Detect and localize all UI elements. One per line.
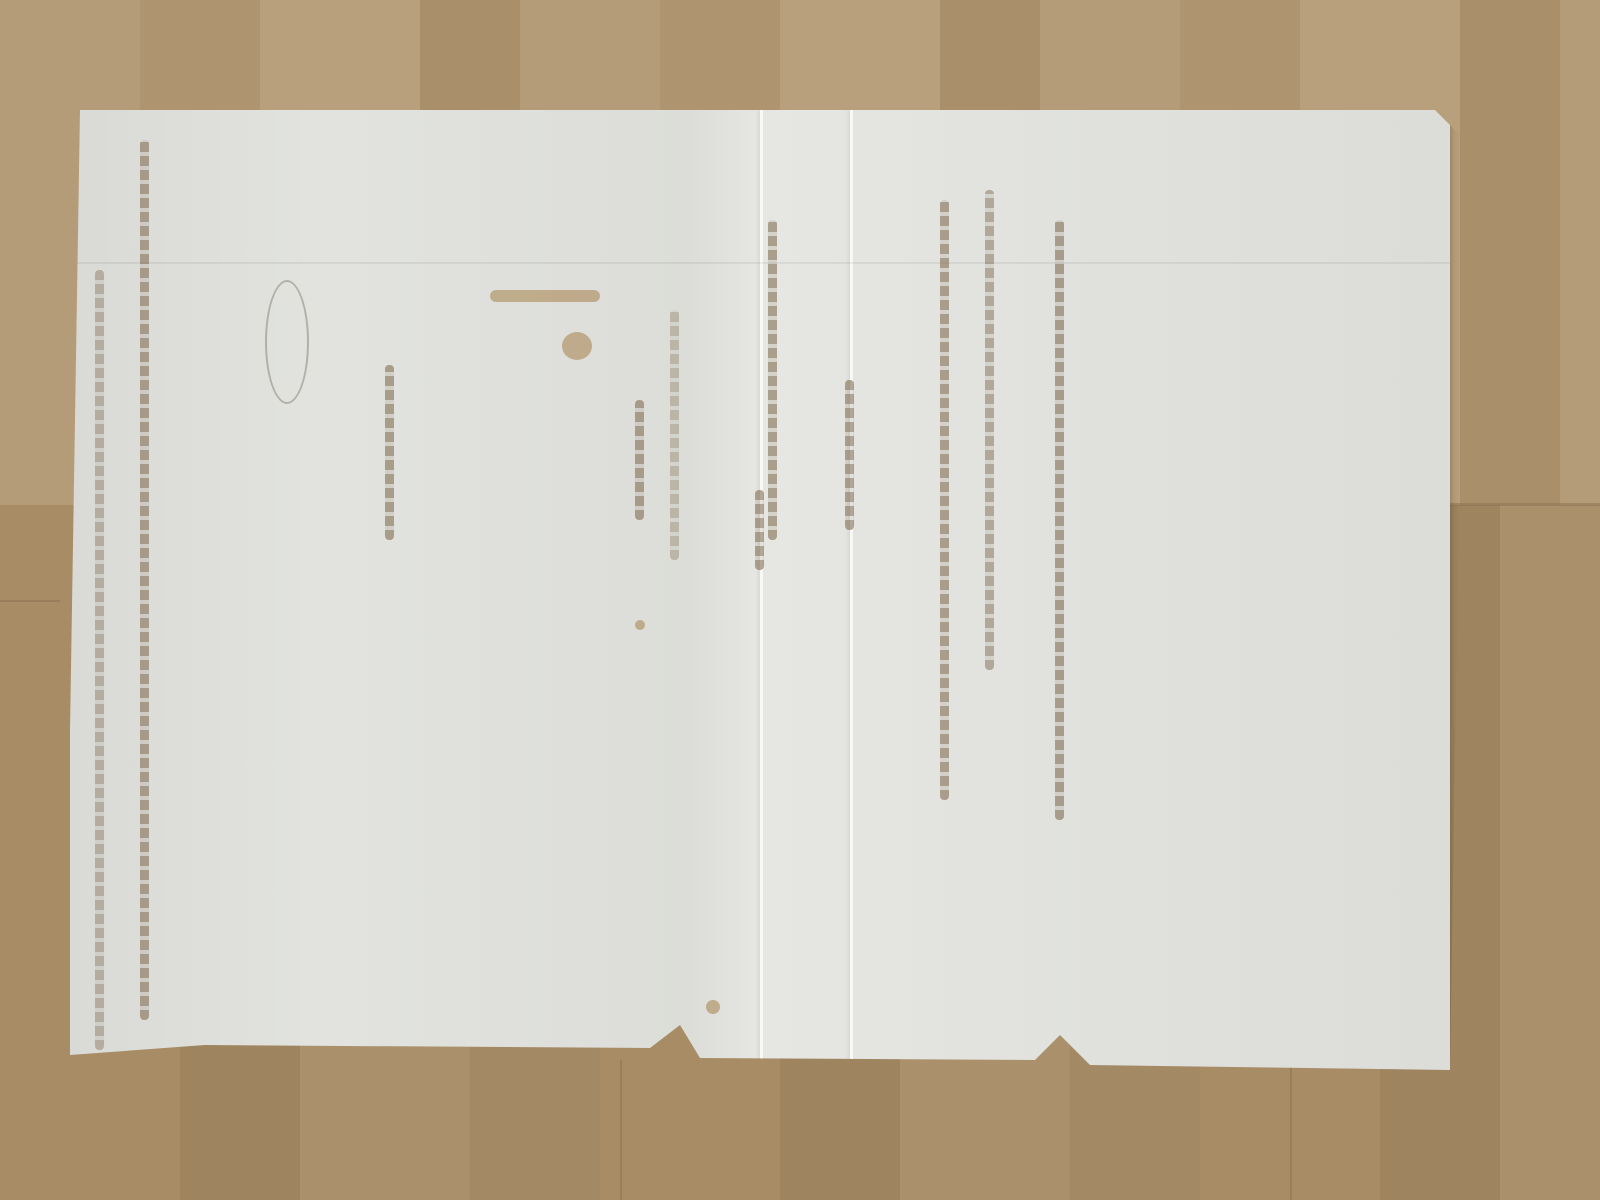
paper-document xyxy=(70,110,1450,1075)
handwriting-line xyxy=(940,200,949,800)
signature-flourish xyxy=(265,280,309,404)
handwriting-line xyxy=(140,140,149,1020)
vertical-fold-line xyxy=(850,110,853,1075)
rust-stain xyxy=(490,290,600,302)
handwriting-line xyxy=(755,490,764,570)
horizontal-fold-line xyxy=(70,262,1450,264)
handwriting-line xyxy=(768,220,777,540)
handwriting-line xyxy=(95,270,104,1050)
vertical-fold-line xyxy=(760,110,763,1075)
rust-stain xyxy=(706,1000,720,1014)
handwriting-line xyxy=(385,365,394,540)
rust-stain xyxy=(635,620,645,630)
handwriting-line xyxy=(635,400,644,520)
plank-seam xyxy=(620,1060,622,1200)
plank-seam xyxy=(0,600,60,602)
handwriting-line xyxy=(985,190,994,670)
handwriting-line xyxy=(670,310,679,560)
plank-seam xyxy=(1290,1060,1292,1200)
plank-seam xyxy=(1440,503,1600,506)
rust-stain xyxy=(562,332,592,360)
handwriting-line xyxy=(845,380,854,530)
handwriting-line xyxy=(1055,220,1064,820)
